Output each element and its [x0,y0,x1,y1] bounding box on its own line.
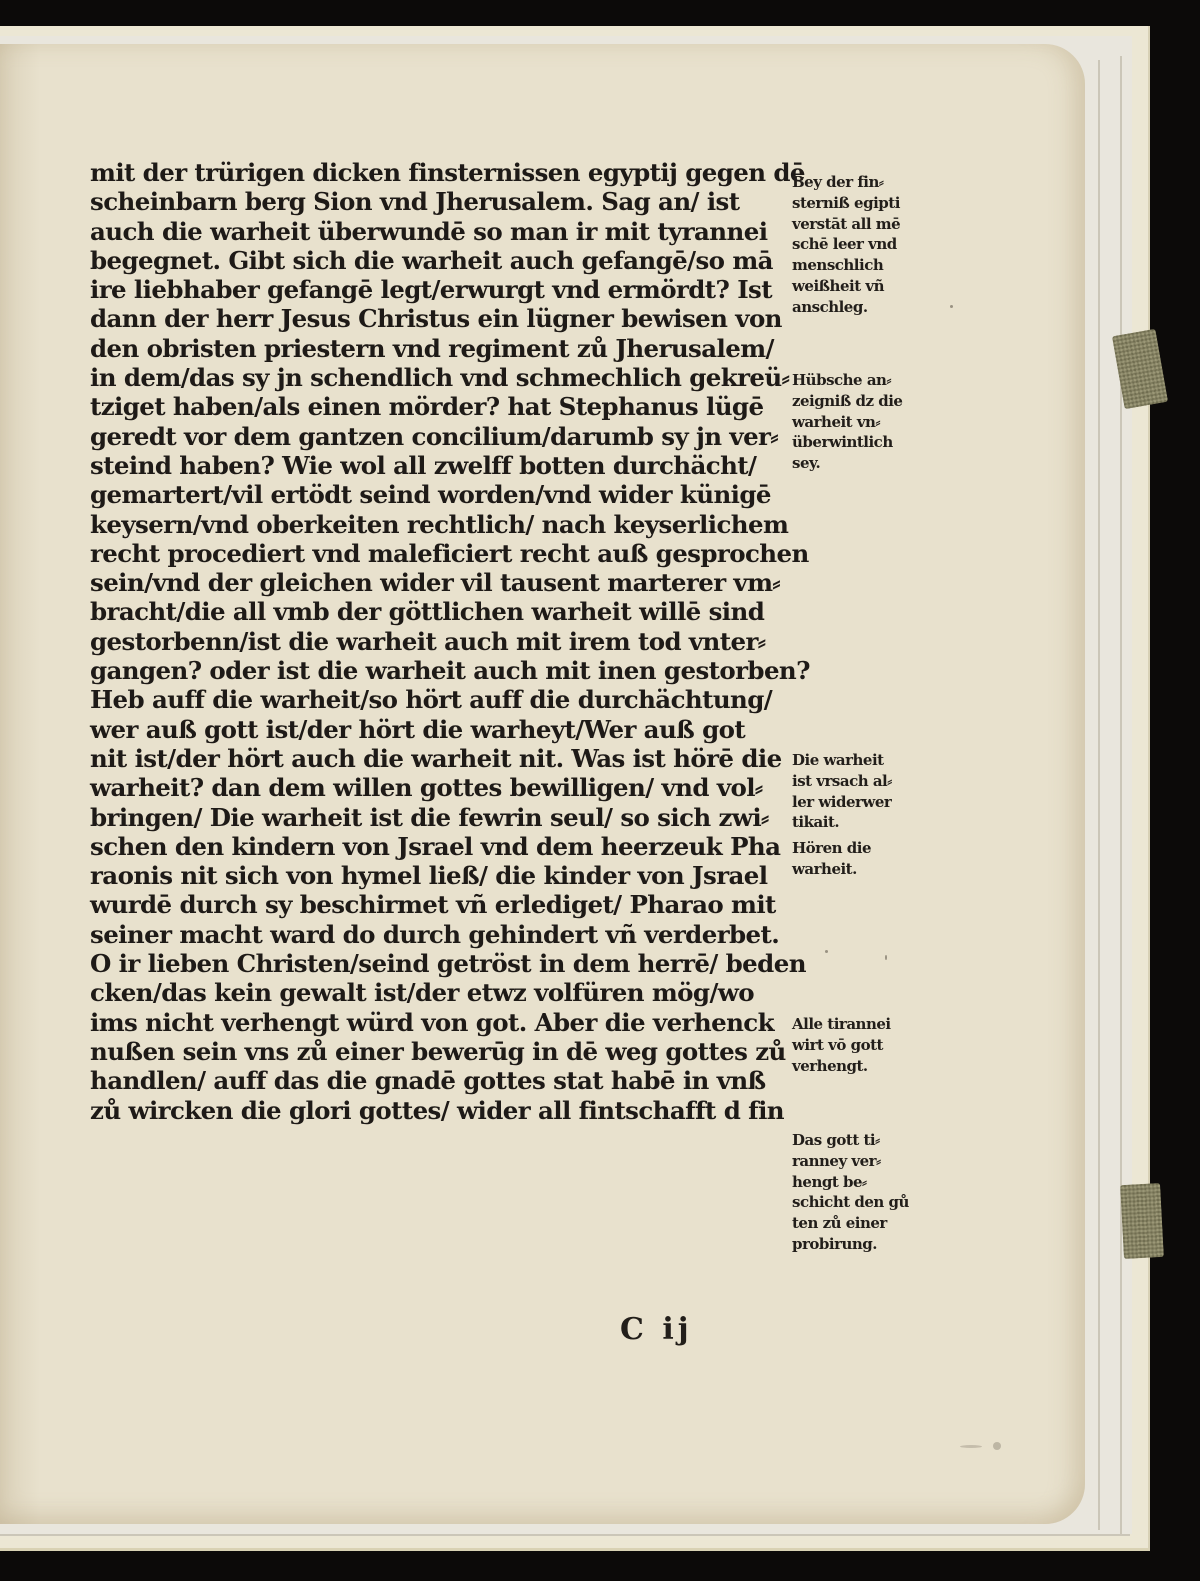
marginal-note-truth-invincible: Hübsche an⸗ zeigniß dz die warheit vn⸗ ü… [792,370,942,474]
marginal-line: weißheit vñ [792,276,942,297]
text-line: recht procediert vnd maleficiert recht a… [90,539,798,568]
marginal-line: ranney ver⸗ [792,1151,942,1172]
text-line: seiner macht ward do durch gehindert vñ … [90,920,798,949]
marginal-line: ist vrsach al⸗ [792,771,942,792]
board-edge-line [1098,60,1100,1530]
board-edge-line [1120,56,1122,1534]
marginal-line: wirt vō gott [792,1035,942,1056]
text-line: auch die warheit überwundē so man ir mit… [90,217,798,246]
text-line: schen den kindern von Jsrael vnd dem hee… [90,832,798,861]
text-line: ire liebhaber gefangē legt/erwurgt vnd e… [90,275,798,304]
marginal-line: ten zů einer [792,1213,942,1234]
marginal-line: Hören die [792,838,942,859]
paper-speck [993,1442,1001,1450]
marginal-line: Hübsche an⸗ [792,370,942,391]
marginal-line: warheit vn⸗ [792,412,942,433]
marginal-line: verstāt all mē [792,214,942,235]
text-line: dann der herr Jesus Christus ein lügner … [90,304,798,333]
binding-tape-bottom [1120,1183,1164,1259]
text-line: den obristen priestern vnd regiment zů J… [90,334,798,363]
marginal-line: verhengt. [792,1056,942,1077]
text-line: keysern/vnd oberkeiten rechtlich/ nach k… [90,510,798,539]
marginal-line: zeigniß dz die [792,391,942,412]
marginal-note-darkness-egypt: Bey der fin⸗ sterniß egipti verstāt all … [792,172,942,318]
text-line: nußen sein vns zů einer bewerūg in dē we… [90,1037,798,1066]
text-line: handlen/ auff das die gnadē gottes stat … [90,1066,798,1095]
text-line: mit der trürigen dicken finsternissen eg… [90,158,798,187]
marginal-line: überwintlich [792,432,942,453]
paper-speck [950,305,953,308]
marginal-note-truth-cause: Die warheit ist vrsach al⸗ ler widerwer … [792,750,942,833]
marginal-line: Die warheit [792,750,942,771]
signature-mark: C ij [620,1312,693,1347]
paper-speck [885,955,887,960]
text-line: gemartert/vil ertödt seind worden/vnd wi… [90,480,798,509]
text-line: ims nicht verhengt würd von got. Aber di… [90,1008,798,1037]
text-line: bringen/ Die warheit ist die fewrin seul… [90,803,798,832]
marginal-line: Das gott ti⸗ [792,1130,942,1151]
marginal-line: ler widerwer [792,792,942,813]
text-line: geredt vor dem gantzen concilium/darumb … [90,422,798,451]
marginal-line: menschlich [792,255,942,276]
paper-speck [825,950,828,953]
text-line: O ir lieben Christen/seind getröst in de… [90,949,798,978]
marginal-line: schicht den gů [792,1192,942,1213]
marginal-line: tikait. [792,812,942,833]
marginal-line: probirung. [792,1234,942,1255]
text-line: steind haben? Wie wol all zwelff botten … [90,451,798,480]
text-line: in dem/das sy jn schendlich vnd schmechl… [90,363,798,392]
marginal-line: Alle tirannei [792,1014,942,1035]
marginal-line: hengt be⸗ [792,1172,942,1193]
text-line: warheit? dan dem willen gottes bewillige… [90,773,798,802]
main-text-block: mit der trürigen dicken finsternissen eg… [90,158,798,1125]
marginal-line: warheit. [792,859,942,880]
text-line: wurdē durch sy beschirmet vñ erlediget/ … [90,890,798,919]
text-line: Heb auff die warheit/so hört auff die du… [90,685,798,714]
text-line: sein/vnd der gleichen wider vil tausent … [90,568,798,597]
text-line: bracht/die all vmb der göttlichen warhei… [90,597,798,626]
marginal-line: sey. [792,453,942,474]
marginal-line: sterniß egipti [792,193,942,214]
text-line: nit ist/der hört auch die warheit nit. W… [90,744,798,773]
marginal-line: Bey der fin⸗ [792,172,942,193]
text-line: cken/das kein gewalt ist/der etwz volfür… [90,978,798,1007]
text-line: gangen? oder ist die warheit auch mit in… [90,656,798,685]
board-edge-line [0,1534,1130,1536]
marginal-note-tyranny-permitted: Alle tirannei wirt vō gott verhengt. [792,1014,942,1076]
marginal-line: anschleg. [792,297,942,318]
text-line: tziget haben/als einen mörder? hat Steph… [90,392,798,421]
text-line: scheinbarn berg Sion vnd Jherusalem. Sag… [90,187,798,216]
paper-stain [960,1445,982,1448]
marginal-line: schē leer vnd [792,234,942,255]
text-line: wer auß gott ist/der hört die warheyt/We… [90,715,798,744]
text-line: raonis nit sich von hymel ließ/ die kind… [90,861,798,890]
marginal-note-trial-of-good: Das gott ti⸗ ranney ver⸗ hengt be⸗ schic… [792,1130,942,1255]
marginal-note-hear-truth: Hören die warheit. [792,838,942,880]
text-line: gestorbenn/ist die warheit auch mit irem… [90,627,798,656]
text-line: begegnet. Gibt sich die warheit auch gef… [90,246,798,275]
text-line: zů wircken die glori gottes/ wider all f… [90,1096,798,1125]
